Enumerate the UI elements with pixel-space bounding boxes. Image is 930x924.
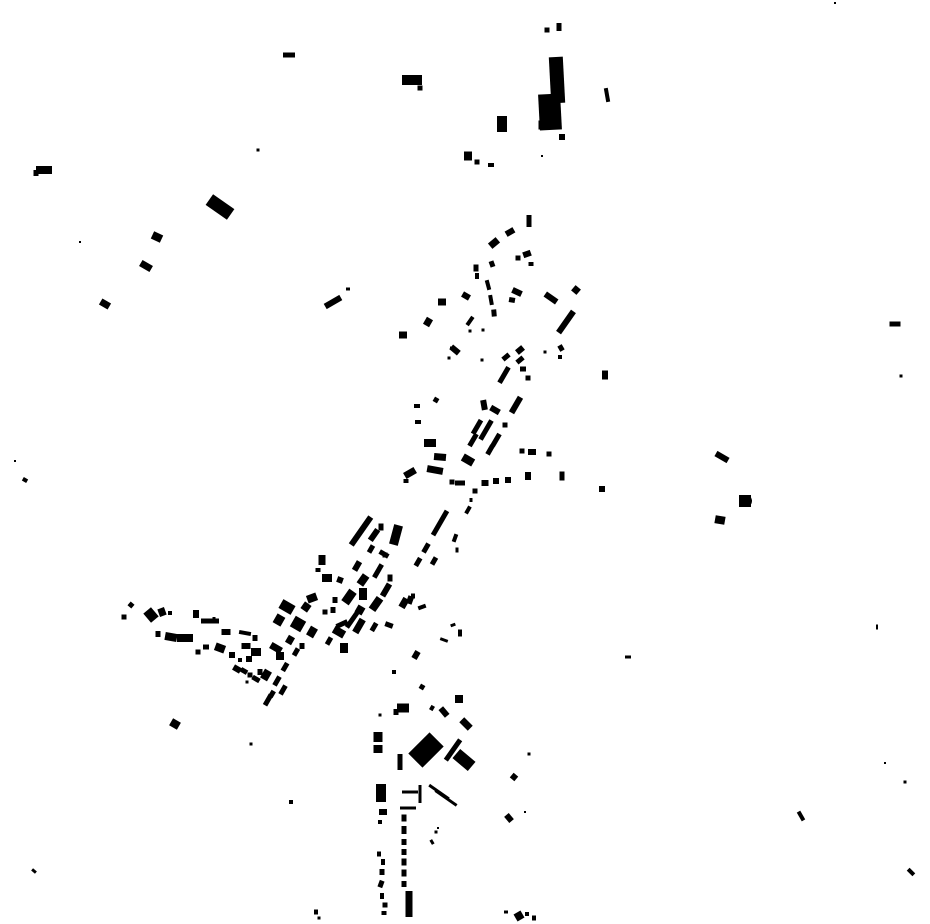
building-footprint: [319, 555, 326, 565]
building-footprint: [505, 477, 511, 483]
building-footprint: [515, 356, 524, 365]
building-footprint: [22, 477, 28, 483]
building-footprint: [475, 273, 479, 279]
building-footprint: [331, 607, 336, 613]
building-footprint: [415, 420, 421, 424]
building-footprint: [246, 681, 249, 684]
building-footprint: [461, 291, 471, 300]
building-footprint: [292, 647, 300, 656]
building-footprint: [604, 88, 610, 102]
building-footprint: [438, 706, 449, 718]
building-footprint: [876, 625, 878, 630]
building-footprint: [34, 170, 39, 176]
building-footprint: [467, 433, 478, 448]
building-footprint: [374, 732, 383, 742]
building-footprint: [602, 371, 608, 380]
building-footprint: [251, 675, 260, 683]
building-footprint: [482, 480, 489, 486]
building-footprint: [544, 292, 559, 305]
building-footprint: [411, 650, 420, 660]
building-footprint: [545, 28, 550, 33]
building-footprint: [528, 753, 531, 756]
building-footprint: [341, 589, 356, 606]
building-footprint: [433, 397, 440, 404]
building-footprint: [528, 449, 536, 455]
building-footprint: [383, 903, 388, 908]
building-footprint: [488, 237, 500, 249]
building-footprint: [482, 329, 485, 332]
building-footprint: [544, 351, 547, 354]
building-footprint: [340, 643, 348, 653]
building-footprint: [900, 375, 903, 378]
building-footprint: [465, 316, 474, 326]
building-footprint: [402, 849, 407, 855]
building-footprint: [384, 621, 393, 628]
building-footprint: [352, 560, 362, 572]
building-footprint: [435, 831, 438, 834]
building-footprint: [529, 262, 534, 266]
building-footprint: [377, 852, 381, 857]
building-footprint: [539, 121, 546, 130]
building-footprint: [300, 601, 311, 612]
building-footprint: [389, 524, 403, 546]
building-footprint: [346, 288, 350, 291]
building-footprint: [511, 287, 523, 297]
building-footprint: [382, 911, 387, 915]
building-footprint: [599, 486, 605, 492]
building-footprint: [368, 528, 380, 542]
building-footprint: [418, 604, 427, 610]
building-footprint: [414, 404, 420, 408]
building-footprint: [526, 376, 531, 381]
building-footprint: [379, 714, 382, 717]
building-footprint: [890, 322, 901, 327]
building-footprint: [31, 868, 37, 874]
building-footprint: [459, 717, 472, 730]
building-footprint: [427, 465, 444, 475]
building-footprint: [510, 773, 518, 781]
building-footprint: [322, 574, 332, 582]
building-footprint: [318, 917, 321, 920]
building-footprint: [283, 53, 295, 58]
building-footprint: [402, 826, 407, 834]
building-footprint: [246, 656, 252, 662]
building-footprint: [458, 630, 462, 637]
building-footprint: [430, 556, 438, 565]
building-footprint: [333, 597, 338, 603]
building-footprint: [473, 489, 478, 494]
building-footprint: [449, 344, 461, 355]
building-footprint: [276, 652, 284, 660]
building-footprint: [429, 705, 435, 711]
building-footprint: [488, 163, 494, 167]
building-footprint: [505, 227, 516, 237]
building-footprint: [168, 611, 172, 615]
building-footprint: [306, 626, 318, 639]
building-footprint: [485, 280, 491, 291]
building-footprint: [464, 506, 471, 515]
building-footprint: [379, 524, 384, 531]
building-footprint: [374, 745, 383, 753]
building-footprint: [99, 298, 111, 309]
building-footprint: [381, 859, 385, 865]
building-footprint: [524, 811, 526, 813]
building-footprint: [408, 732, 443, 767]
building-footprint: [397, 704, 409, 713]
building-footprint: [527, 215, 532, 227]
building-footprint: [193, 610, 199, 618]
building-footprint: [434, 789, 457, 806]
building-footprint: [357, 573, 370, 587]
building-footprint: [403, 467, 417, 479]
building-footprint: [406, 891, 413, 917]
building-footprint: [434, 453, 447, 461]
building-footprint: [177, 634, 193, 642]
building-footprint: [222, 629, 231, 635]
building-footprint: [377, 880, 384, 888]
building-footprint: [273, 613, 286, 626]
building-footprint: [201, 619, 219, 624]
building-footprint: [714, 451, 729, 463]
building-footprint: [440, 637, 449, 643]
building-footprint: [242, 643, 251, 649]
building-footprint: [388, 575, 393, 582]
building-footprint: [834, 2, 836, 4]
building-footprint: [229, 652, 235, 658]
building-footprint: [214, 643, 226, 654]
building-footprint: [402, 75, 422, 85]
building-footprint: [532, 916, 536, 921]
building-footprint: [336, 576, 344, 584]
building-footprint: [394, 709, 399, 715]
building-footprint: [514, 911, 525, 922]
building-footprint: [558, 355, 562, 359]
building-footprint: [509, 396, 523, 415]
building-footprint: [884, 762, 886, 764]
building-footprint: [431, 510, 449, 537]
building-footprint: [488, 295, 494, 306]
building-footprint: [378, 820, 382, 824]
building-footprint: [258, 669, 263, 675]
building-footprint: [450, 347, 454, 350]
building-footprint: [314, 910, 318, 915]
building-footprint: [372, 563, 384, 578]
building-footprint: [300, 643, 305, 649]
building-footprint: [907, 868, 915, 876]
building-footprint: [399, 332, 407, 339]
building-footprint: [470, 498, 473, 502]
building-footprint: [525, 912, 529, 916]
building-footprint: [504, 911, 508, 914]
building-footprint: [380, 893, 384, 899]
building-footprint: [289, 800, 293, 804]
building-footprint: [471, 419, 483, 435]
building-footprint: [281, 662, 290, 672]
building-footprint: [253, 635, 258, 641]
building-footprint: [480, 400, 488, 411]
building-footprint: [402, 870, 407, 877]
building-footprint: [497, 366, 510, 384]
building-footprint: [419, 684, 426, 691]
building-footprint: [556, 310, 576, 335]
building-footprint: [450, 480, 455, 485]
building-footprint: [257, 149, 260, 152]
building-footprint: [285, 635, 295, 645]
building-footprint: [370, 622, 379, 632]
building-footprint: [501, 353, 510, 362]
building-footprint: [79, 241, 81, 243]
building-footprint: [402, 881, 407, 887]
building-footprint: [520, 449, 525, 454]
building-footprint: [625, 656, 631, 659]
building-footprint: [474, 265, 479, 272]
building-footprint: [475, 160, 480, 165]
building-footprint: [414, 557, 423, 567]
building-footprint: [489, 405, 501, 415]
building-footprint: [239, 630, 252, 636]
building-footprint: [464, 152, 472, 161]
building-footprint: [380, 582, 392, 597]
building-footprint: [714, 515, 725, 525]
building-footprint: [503, 423, 508, 428]
building-footprint: [164, 632, 177, 642]
round-building: [740, 495, 752, 507]
building-footprint: [196, 650, 201, 655]
building-footprint: [380, 869, 385, 875]
building-footprint: [516, 256, 521, 261]
building-footprint: [904, 781, 907, 784]
building-footprint: [402, 859, 407, 866]
building-footprint: [379, 809, 387, 815]
building-footprint: [325, 636, 333, 645]
building-footprint: [421, 542, 430, 553]
building-footprint: [127, 601, 134, 608]
building-footprint: [525, 472, 531, 480]
building-footprint: [402, 791, 418, 794]
building-footprint: [278, 684, 287, 695]
building-footprint: [251, 648, 261, 656]
building-footprint: [349, 515, 373, 546]
building-footprint: [323, 610, 328, 615]
building-footprint: [324, 295, 343, 309]
building-footprint: [392, 670, 396, 674]
building-footprint: [248, 673, 253, 678]
building-footprint: [448, 357, 451, 360]
building-footprint: [455, 481, 465, 486]
building-footprint: [557, 344, 564, 352]
building-footprint: [122, 615, 127, 620]
building-footprint: [316, 568, 321, 572]
building-footprint: [437, 827, 439, 829]
building-footprint: [278, 599, 295, 615]
building-footprint: [290, 616, 306, 632]
building-footprint: [424, 439, 436, 447]
building-footprint: [359, 588, 367, 600]
building-footprint: [400, 807, 416, 810]
building-footprint: [456, 548, 459, 553]
building-footprint: [509, 297, 516, 303]
building-footprint: [419, 785, 422, 803]
building-footprint: [452, 534, 458, 543]
building-footprint: [418, 86, 423, 91]
building-footprint: [206, 194, 235, 220]
building-footprint: [571, 285, 581, 295]
building-footprint: [157, 607, 166, 617]
building-footprint: [515, 345, 525, 355]
building-footprint: [522, 250, 532, 258]
building-footprint: [520, 367, 526, 372]
building-footprint: [461, 454, 475, 467]
building-footprint: [491, 309, 497, 316]
building-footprint: [376, 784, 386, 802]
building-footprint: [490, 433, 501, 448]
building-footprint: [450, 623, 456, 628]
building-footprint: [797, 811, 805, 822]
building-footprint: [232, 664, 242, 673]
building-footprint: [143, 607, 158, 623]
building-footprint: [541, 155, 543, 157]
round-building: [455, 695, 463, 703]
building-footprint: [557, 23, 562, 31]
building-footprint: [452, 749, 475, 771]
building-footprint: [367, 544, 375, 553]
building-footprint: [238, 658, 242, 662]
building-footprint: [404, 479, 409, 483]
building-footprint: [250, 743, 253, 746]
building-footprint: [306, 593, 318, 604]
building-footprint: [402, 815, 407, 822]
building-footprint: [423, 317, 433, 327]
building-footprint: [14, 460, 16, 462]
building-footprint: [139, 260, 153, 272]
building-footprint: [560, 472, 565, 481]
building-footprint: [497, 116, 507, 132]
building-footprint: [402, 839, 407, 845]
building-footprint: [559, 134, 565, 140]
building-footprint: [504, 813, 514, 823]
building-footprint: [493, 478, 499, 484]
building-footprint: [438, 299, 446, 306]
building-footprint: [469, 330, 472, 333]
building-footprints-layer: [0, 0, 930, 924]
building-footprint: [481, 359, 484, 362]
building-footprint: [489, 260, 496, 267]
building-footprint: [429, 839, 434, 845]
building-footprint: [547, 452, 552, 457]
building-footprint: [272, 675, 281, 686]
building-footprint: [203, 645, 209, 650]
building-footprint: [151, 231, 163, 242]
building-footprint: [369, 596, 384, 612]
building-footprint: [411, 594, 415, 599]
building-footprint: [398, 754, 403, 770]
building-footprint: [332, 626, 346, 639]
building-footprint: [156, 631, 161, 637]
building-footprint: [213, 617, 216, 621]
building-footprint: [169, 718, 181, 729]
figure-ground-map: [0, 0, 930, 924]
